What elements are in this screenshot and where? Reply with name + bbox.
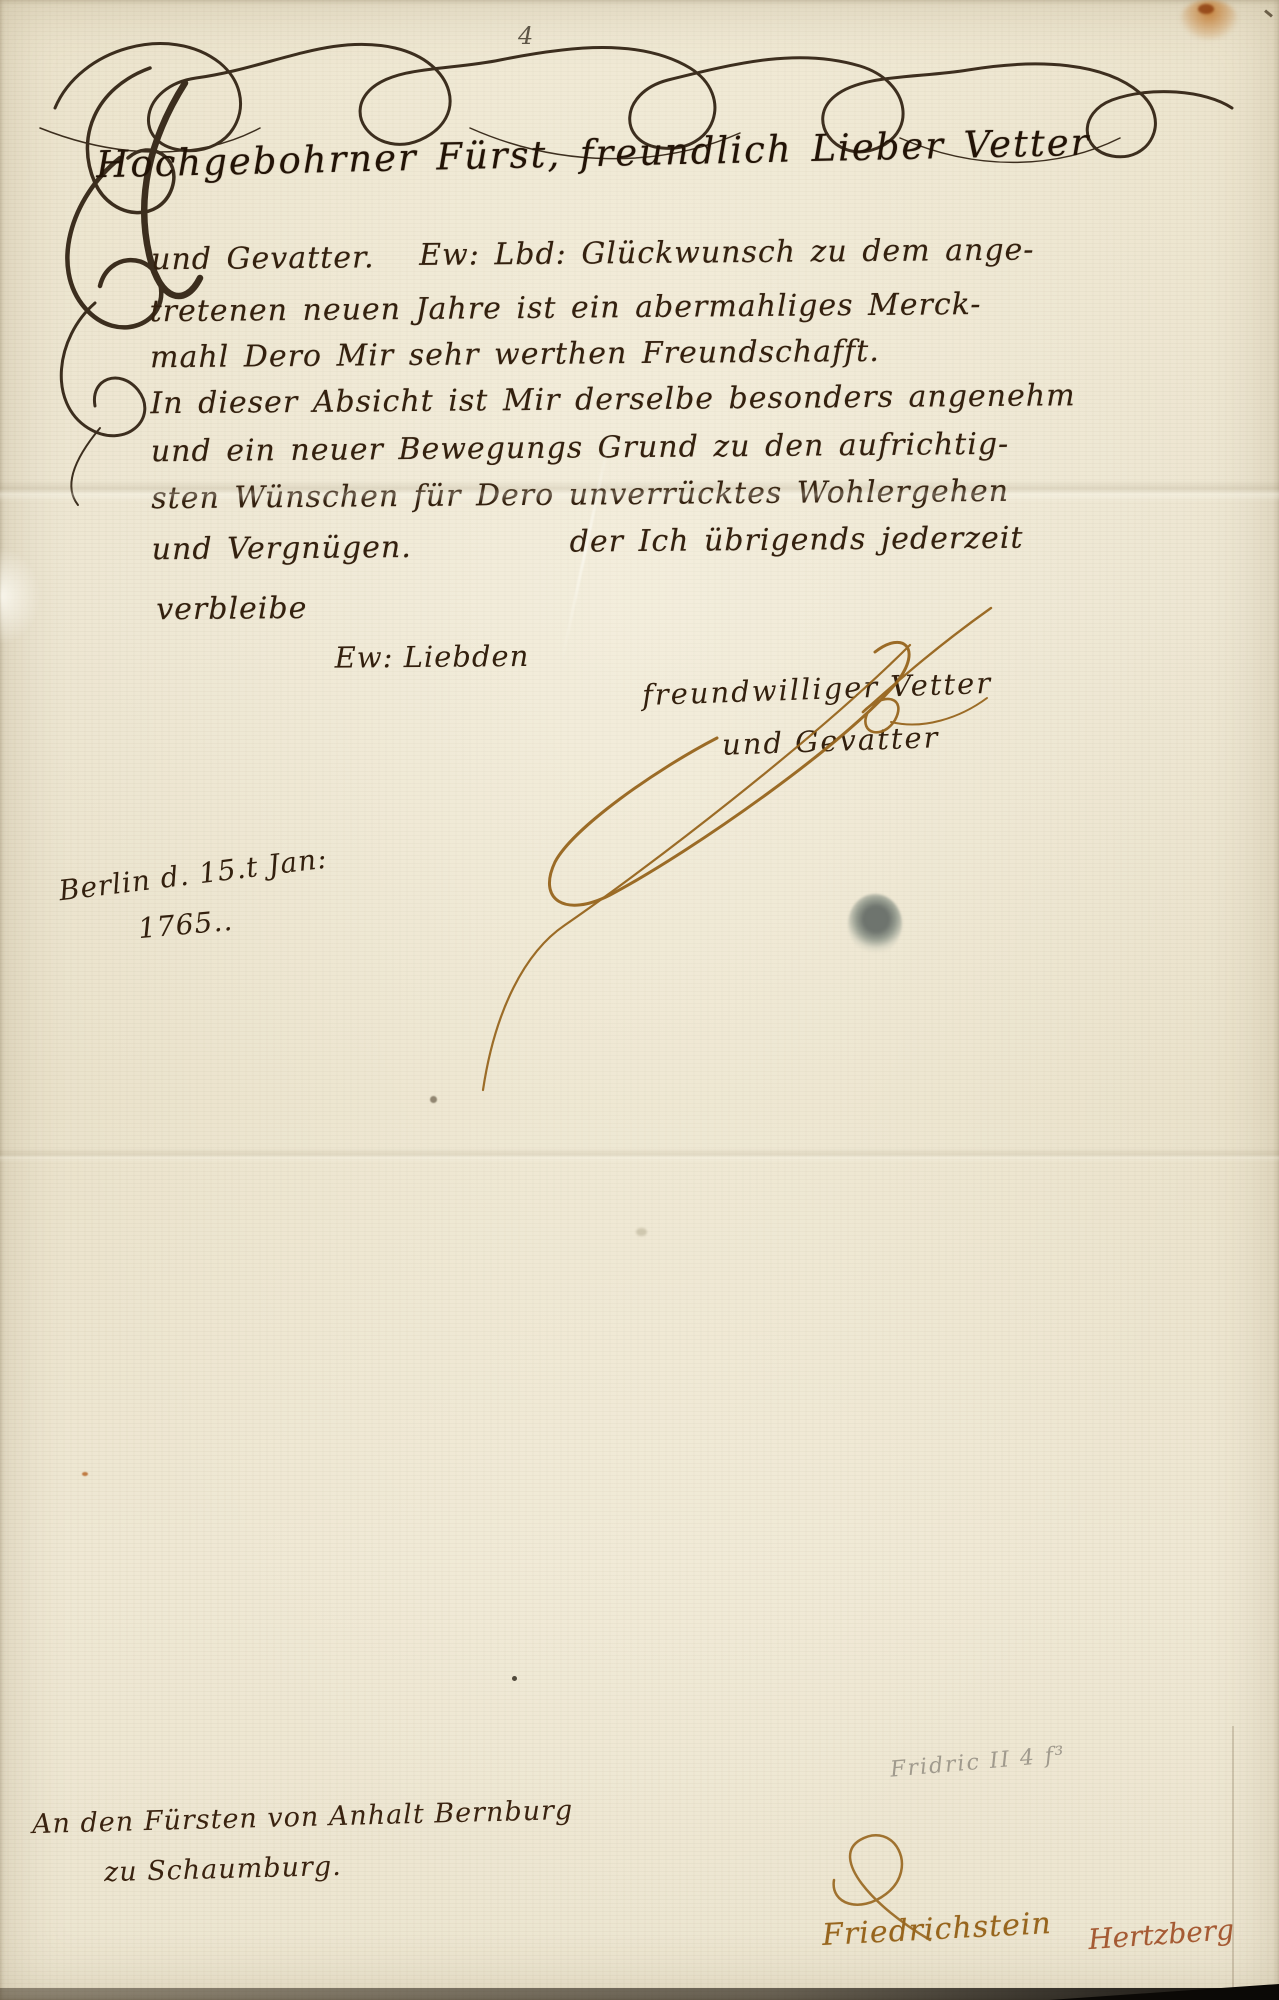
worn-patch xyxy=(0,548,40,644)
dateline-year: 1765.. xyxy=(137,904,235,945)
foxing-speck xyxy=(636,1228,647,1236)
foxing-speck xyxy=(512,1676,517,1681)
royal-signature-cipher xyxy=(455,590,995,1110)
body-line: In dieser Absicht ist Mir derselbe beson… xyxy=(150,378,1075,421)
body-line: tretenen neuen Jahre ist ein abermahlige… xyxy=(149,287,981,329)
ink-note-right: Hertzberg xyxy=(1087,1913,1235,1956)
body-line: und Vergnügen. xyxy=(152,530,412,567)
letter-sheet: 4 Hochgebohrner Fürst, freundlich Lieber… xyxy=(0,0,1279,2000)
pencil-archival-note: Fridric II 4 f³ xyxy=(889,1742,1067,1782)
body-line: Ew: Lbd: Glückwunsch zu dem ange- xyxy=(419,233,1035,273)
recipient-address-line-1: An den Fürsten von Anhalt Bernburg xyxy=(32,1795,574,1840)
pre-closing: verbleibe xyxy=(156,591,307,627)
dateline-place-date: Berlin d. 15.t Jan: xyxy=(57,842,329,908)
body-line: sten Wünschen für Dero unverrücktes Wohl… xyxy=(151,474,1009,516)
foxing-speck xyxy=(430,1096,437,1103)
foxing-speck xyxy=(82,1472,88,1476)
body-line: und ein neuer Bewegungs Grund zu den auf… xyxy=(151,427,1010,469)
body-right-phrase: der Ich übrigends jederzeit xyxy=(570,521,1024,560)
salutation-continuation: und Gevatter. xyxy=(151,240,375,277)
body-line: mahl Dero Mir sehr werthen Freundschafft… xyxy=(150,334,880,375)
edge-crease xyxy=(1232,1726,1234,2000)
fold-crease xyxy=(0,1148,1279,1162)
recipient-address-line-2: zu Schaumburg. xyxy=(104,1851,342,1888)
